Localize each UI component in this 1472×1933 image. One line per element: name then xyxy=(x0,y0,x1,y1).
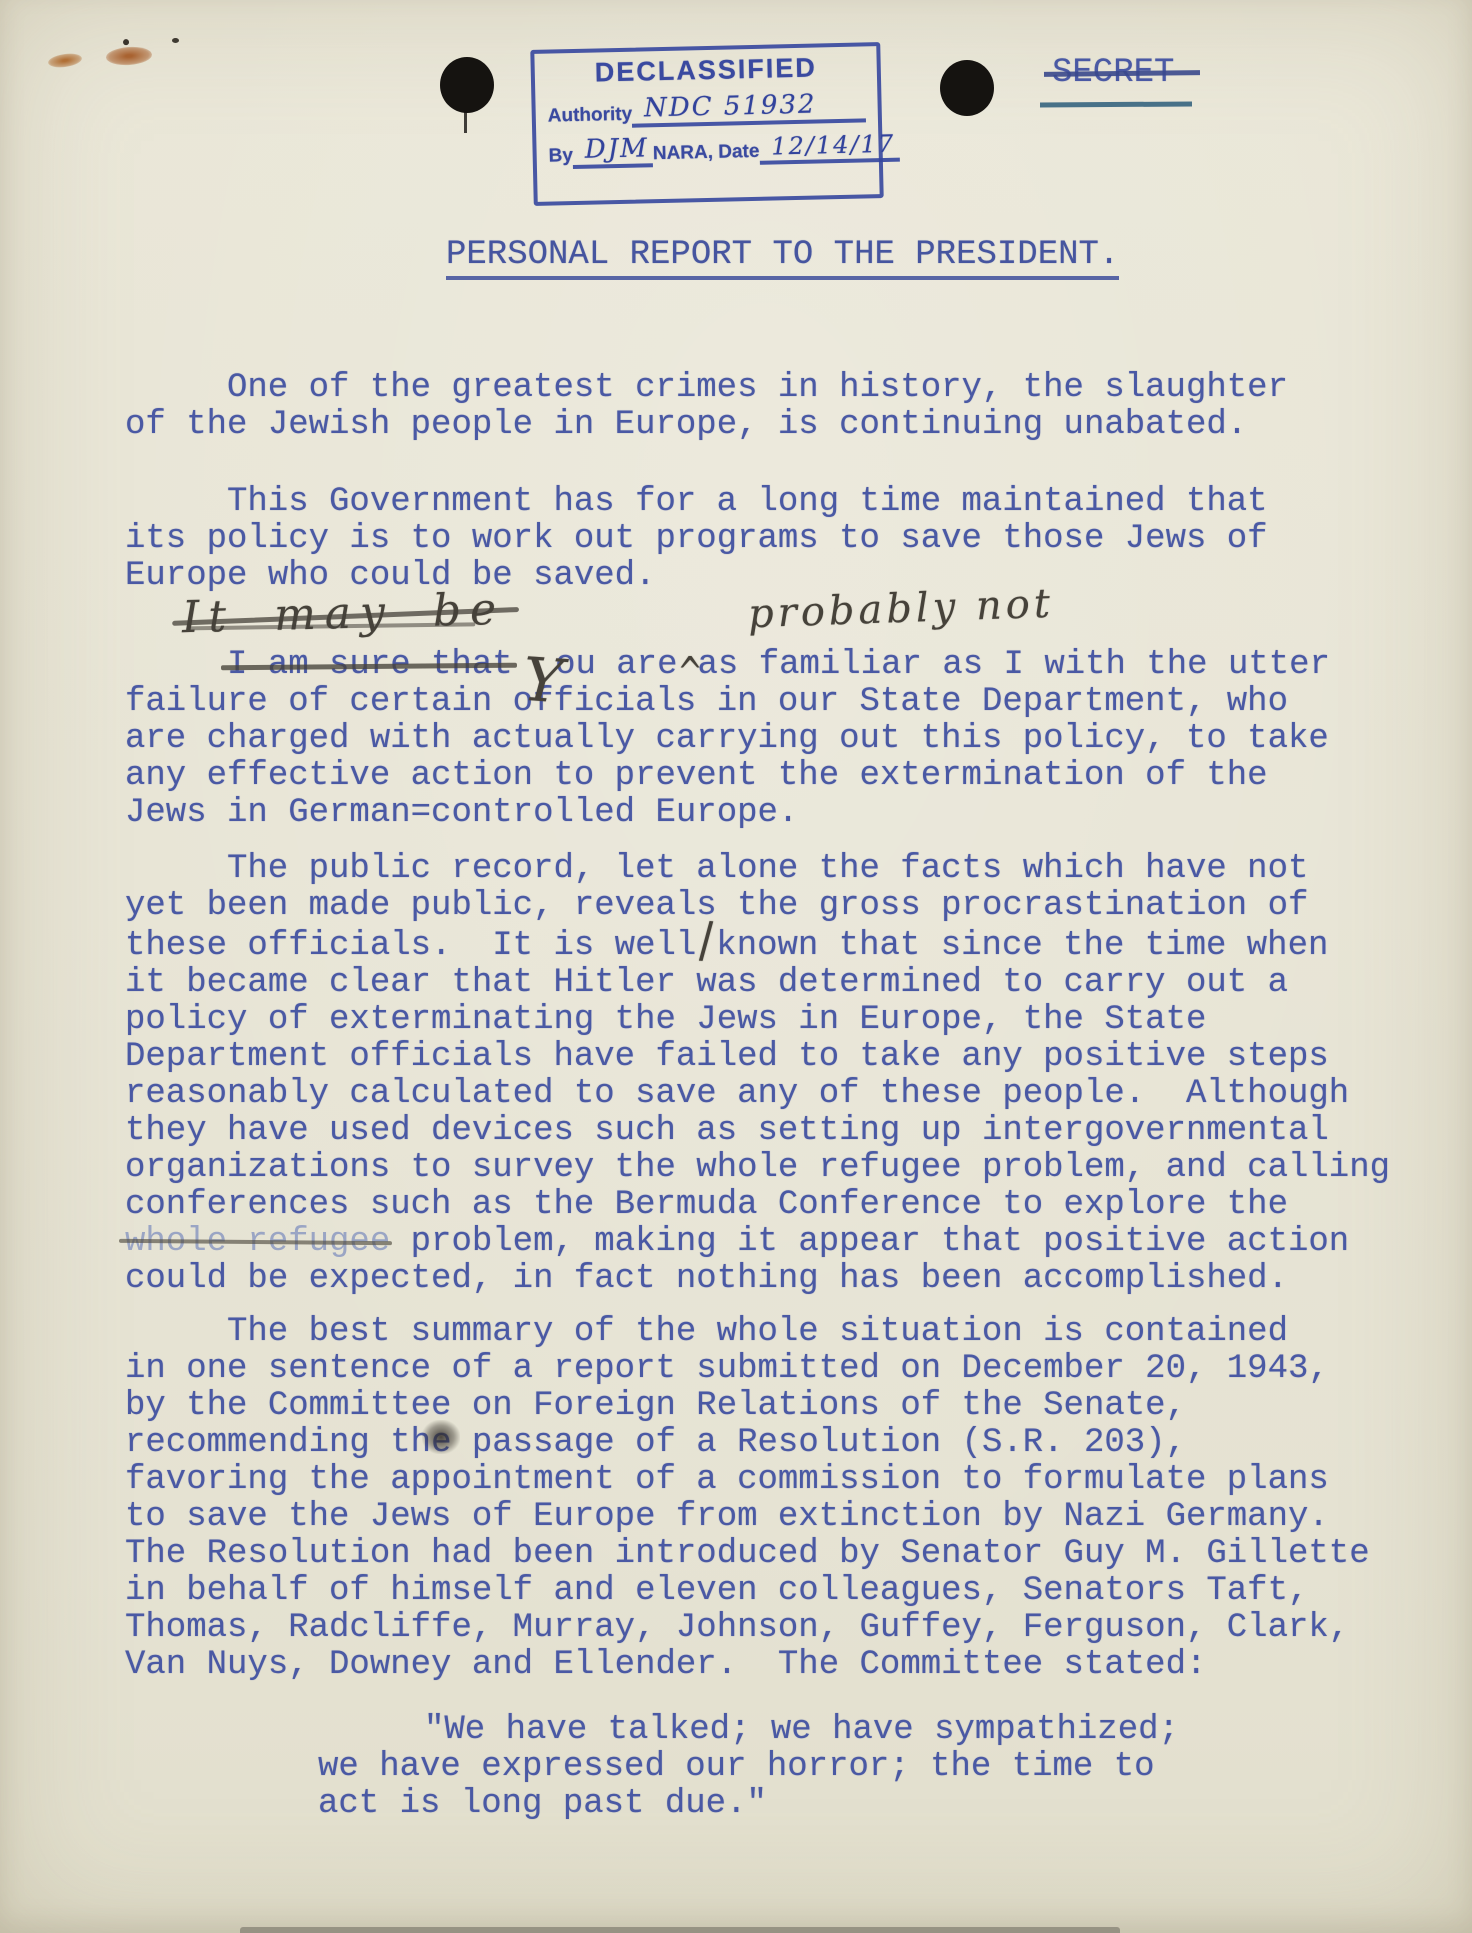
text-line-edited: recommending the passage of a Resolution… xyxy=(125,1425,1370,1462)
stamp-authority-line: NDC 51932 xyxy=(632,88,866,127)
paragraph-2: This Government has for a long time main… xyxy=(125,484,1268,595)
text-line: failure of certain officials in our Stat… xyxy=(125,684,1330,721)
quote-line: "We have talked; we have sympathized; xyxy=(318,1712,1179,1749)
typed-text: recommending th xyxy=(125,1424,431,1462)
scan-edge-shadow xyxy=(240,1927,1120,1933)
typed-text: passage of a Resolution (S.R. 203), xyxy=(451,1424,1186,1462)
text-line: by the Committee on Foreign Relations of… xyxy=(125,1388,1370,1425)
secret-strikethrough xyxy=(1044,70,1200,77)
stamp-authority-row: Authority NDC 51932 xyxy=(547,88,866,129)
typed-text: problem, making it appear that positive … xyxy=(390,1223,1349,1261)
struck-typed-text: I am sure that xyxy=(227,646,513,684)
stamp-heading: DECLASSIFIED xyxy=(546,51,865,89)
stamp-authority-label: Authority xyxy=(548,104,633,130)
page-title-text: PERSONAL REPORT TO THE PRESIDENT. xyxy=(446,236,1119,280)
text-line: are charged with actually carrying out t… xyxy=(125,721,1330,758)
text-line: in behalf of himself and eleven colleagu… xyxy=(125,1573,1370,1610)
pencil-slash-icon: / xyxy=(695,914,718,970)
stamp-date-line: 12/14/17 xyxy=(759,130,899,165)
text-line: yet been made public, reveals the gross … xyxy=(125,888,1390,925)
stamp-date-value: 12/14/17 xyxy=(771,130,895,161)
smudged-letter: e xyxy=(431,1424,451,1462)
text-line: its policy is to work out programs to sa… xyxy=(125,521,1268,558)
text-line-edited: whole refugee problem, making it appear … xyxy=(125,1224,1390,1261)
text-line: This Government has for a long time main… xyxy=(125,484,1268,521)
stamp-by-line: DJM xyxy=(573,133,654,169)
block-quote: "We have talked; we have sympathized; we… xyxy=(318,1712,1179,1823)
rust-stain xyxy=(47,52,82,70)
pencil-scribble-crossed-out: It may be xyxy=(181,584,505,643)
hole-punch-right xyxy=(940,60,994,116)
text-line: it became clear that Hitler was determin… xyxy=(125,965,1390,1002)
typed-text: as familiar as I with the utter xyxy=(697,646,1330,684)
text-line-edited: these officials. It is well/known that s… xyxy=(125,925,1390,965)
declassified-stamp: DECLASSIFIED Authority NDC 51932 By DJM … xyxy=(530,42,883,206)
stamp-by-row: By DJM NARA, Date 12/14/17 xyxy=(548,128,867,169)
typed-text: known that since the time when xyxy=(716,927,1328,965)
page-title: PERSONAL REPORT TO THE PRESIDENT. xyxy=(446,236,1119,274)
text-line: to save the Jews of Europe from extincti… xyxy=(125,1499,1370,1536)
text-line: they have used devices such as setting u… xyxy=(125,1113,1390,1150)
text-line: could be expected, in fact nothing has b… xyxy=(125,1261,1390,1298)
paragraph-4: The public record, let alone the facts w… xyxy=(125,851,1390,1298)
stamp-by-label: By xyxy=(548,145,573,170)
text-line: The Resolution had been introduced by Se… xyxy=(125,1536,1370,1573)
paragraph-5: The best summary of the whole situation … xyxy=(125,1314,1370,1684)
document-page: DECLASSIFIED Authority NDC 51932 By DJM … xyxy=(0,0,1472,1933)
hole-punch-left xyxy=(440,57,494,113)
stamp-nara-label: NARA, Date xyxy=(653,141,760,167)
secret-classification: SECRET xyxy=(1052,54,1174,92)
text-line-edited: I am sure that You are^as familiar as I … xyxy=(125,645,1330,684)
text-line: The public record, let alone the facts w… xyxy=(125,851,1390,888)
secret-underline xyxy=(1040,101,1192,107)
paragraph-1: One of the greatest crimes in history, t… xyxy=(125,370,1288,444)
pencil-capital-y: Y xyxy=(521,650,565,713)
stamp-by-value: DJM xyxy=(585,133,650,164)
faded-struck-text: whole refugee xyxy=(125,1223,390,1261)
text-line: The best summary of the whole situation … xyxy=(125,1314,1370,1351)
text-line: in one sentence of a report submitted on… xyxy=(125,1351,1370,1388)
text-line: Department officials have failed to take… xyxy=(125,1039,1390,1076)
pencil-caret-icon: ^ xyxy=(677,648,697,700)
typed-text: ou are xyxy=(555,646,677,684)
ink-speck xyxy=(172,38,179,43)
pencil-insertion-note: probably not xyxy=(747,581,1054,638)
text-line: organizations to survey the whole refuge… xyxy=(125,1150,1390,1187)
text-line: Thomas, Radcliffe, Murray, Johnson, Guff… xyxy=(125,1610,1370,1647)
rust-stain xyxy=(105,45,152,66)
paragraph-3: I am sure that You are^as familiar as I … xyxy=(125,645,1330,832)
text-line: conferences such as the Bermuda Conferen… xyxy=(125,1187,1390,1224)
text-line: reasonably calculated to save any of the… xyxy=(125,1076,1390,1113)
text-line: One of the greatest crimes in history, t… xyxy=(125,370,1288,407)
stamp-authority-value: NDC 51932 xyxy=(644,90,817,124)
text-line: Jews in German=controlled Europe. xyxy=(125,795,1330,832)
text-line: Van Nuys, Downey and Ellender. The Commi… xyxy=(125,1647,1370,1684)
typed-text: these officials. It is well xyxy=(125,927,696,965)
text-line: favoring the appointment of a commission… xyxy=(125,1462,1370,1499)
text-line: of the Jewish people in Europe, is conti… xyxy=(125,407,1288,444)
text-line: policy of exterminating the Jews in Euro… xyxy=(125,1002,1390,1039)
text-line: any effective action to prevent the exte… xyxy=(125,758,1330,795)
quote-line: act is long past due." xyxy=(318,1786,1179,1823)
quote-line: we have expressed our horror; the time t… xyxy=(318,1749,1179,1786)
